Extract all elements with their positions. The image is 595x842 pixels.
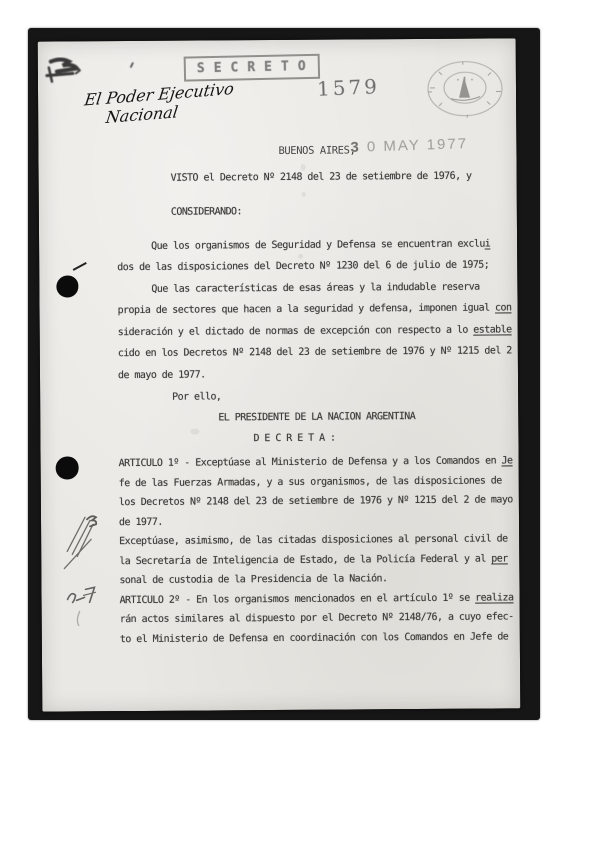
ink-smudge [43,53,143,90]
paper-speck [301,164,306,171]
pen-flick-mark [73,262,87,271]
decree-registry-number: 1579 [317,74,381,101]
document-line: ARTICULO 2º - En los organismos menciona… [120,592,520,606]
decree-page: SECRETO 1579 El Poder Ejecutivo Naciona [38,38,521,711]
document-line: sonal de custodia de la Presidencia de l… [119,572,519,586]
document-line: ARTICULO 1º - Exceptúase al Ministerio d… [119,455,519,469]
document-line: VISTO el Decreto Nº 2148 del 23 de setie… [117,170,517,184]
paper-speck [190,429,199,435]
secreto-classification-stamp: SECRETO [184,54,320,82]
document-line: los Decretos Nº 2148 del 23 de setiembre… [119,494,519,508]
document-line: CONSIDERANDO: [117,204,517,218]
document-line: Que las características de esas áreas y … [117,281,517,295]
document-line: de mayo de 1977. [118,367,518,381]
document-line: de 1977. [119,514,519,528]
paper-speck [298,254,303,259]
photographed-document: SECRETO 1579 El Poder Ejecutivo Naciona [28,28,540,720]
document-line: fe de las Fuerzas Armadas, y a sus organ… [119,475,519,489]
document-line: to el Ministerio de Defensa en coordinac… [120,631,520,645]
document-line: propia de sectores que hacen a la seguri… [118,302,518,316]
document-line: cido en los Decretos Nº 2148 del 23 de s… [118,345,518,359]
document-line: Por ello, [118,389,518,403]
underlined-word-break: realiza [475,592,513,603]
document-line: D E C R E T A : [118,431,518,445]
document-line: Exceptúase, asimismo, de las citadas dis… [119,533,519,547]
place-label: BUENOS AIRES, [278,144,355,157]
underlined-word-break: per [491,553,507,564]
document-line: dos de las disposiciones del Decreto Nº … [117,259,517,273]
underlined-word-break: con [495,302,511,313]
underlined-word-break: Je [502,455,513,466]
underlined-word-break: i [485,239,491,250]
punch-hole [56,456,79,479]
decree-body: VISTO el Decreto Nº 2148 del 23 de setie… [38,38,516,41]
paper-speck [302,192,306,197]
document-line: Que los organismos de Seguridad y Defens… [117,238,517,252]
document-line: la Secretaría de Inteligencia de Estado,… [119,553,519,567]
document-line: EL PRESIDENTE DE LA NACION ARGENTINA [118,410,518,424]
pencil-initials-marks [59,511,140,652]
document-line: sideración y el dictado de normas de exc… [118,324,518,338]
circular-government-seal-icon [423,57,508,122]
punch-hole [56,275,78,297]
date-stamp: 3 0 MAY 1977 [350,135,468,156]
underlined-word-break: estable [473,324,511,335]
document-line: rán actos similares al dispuesto por el … [120,611,520,625]
